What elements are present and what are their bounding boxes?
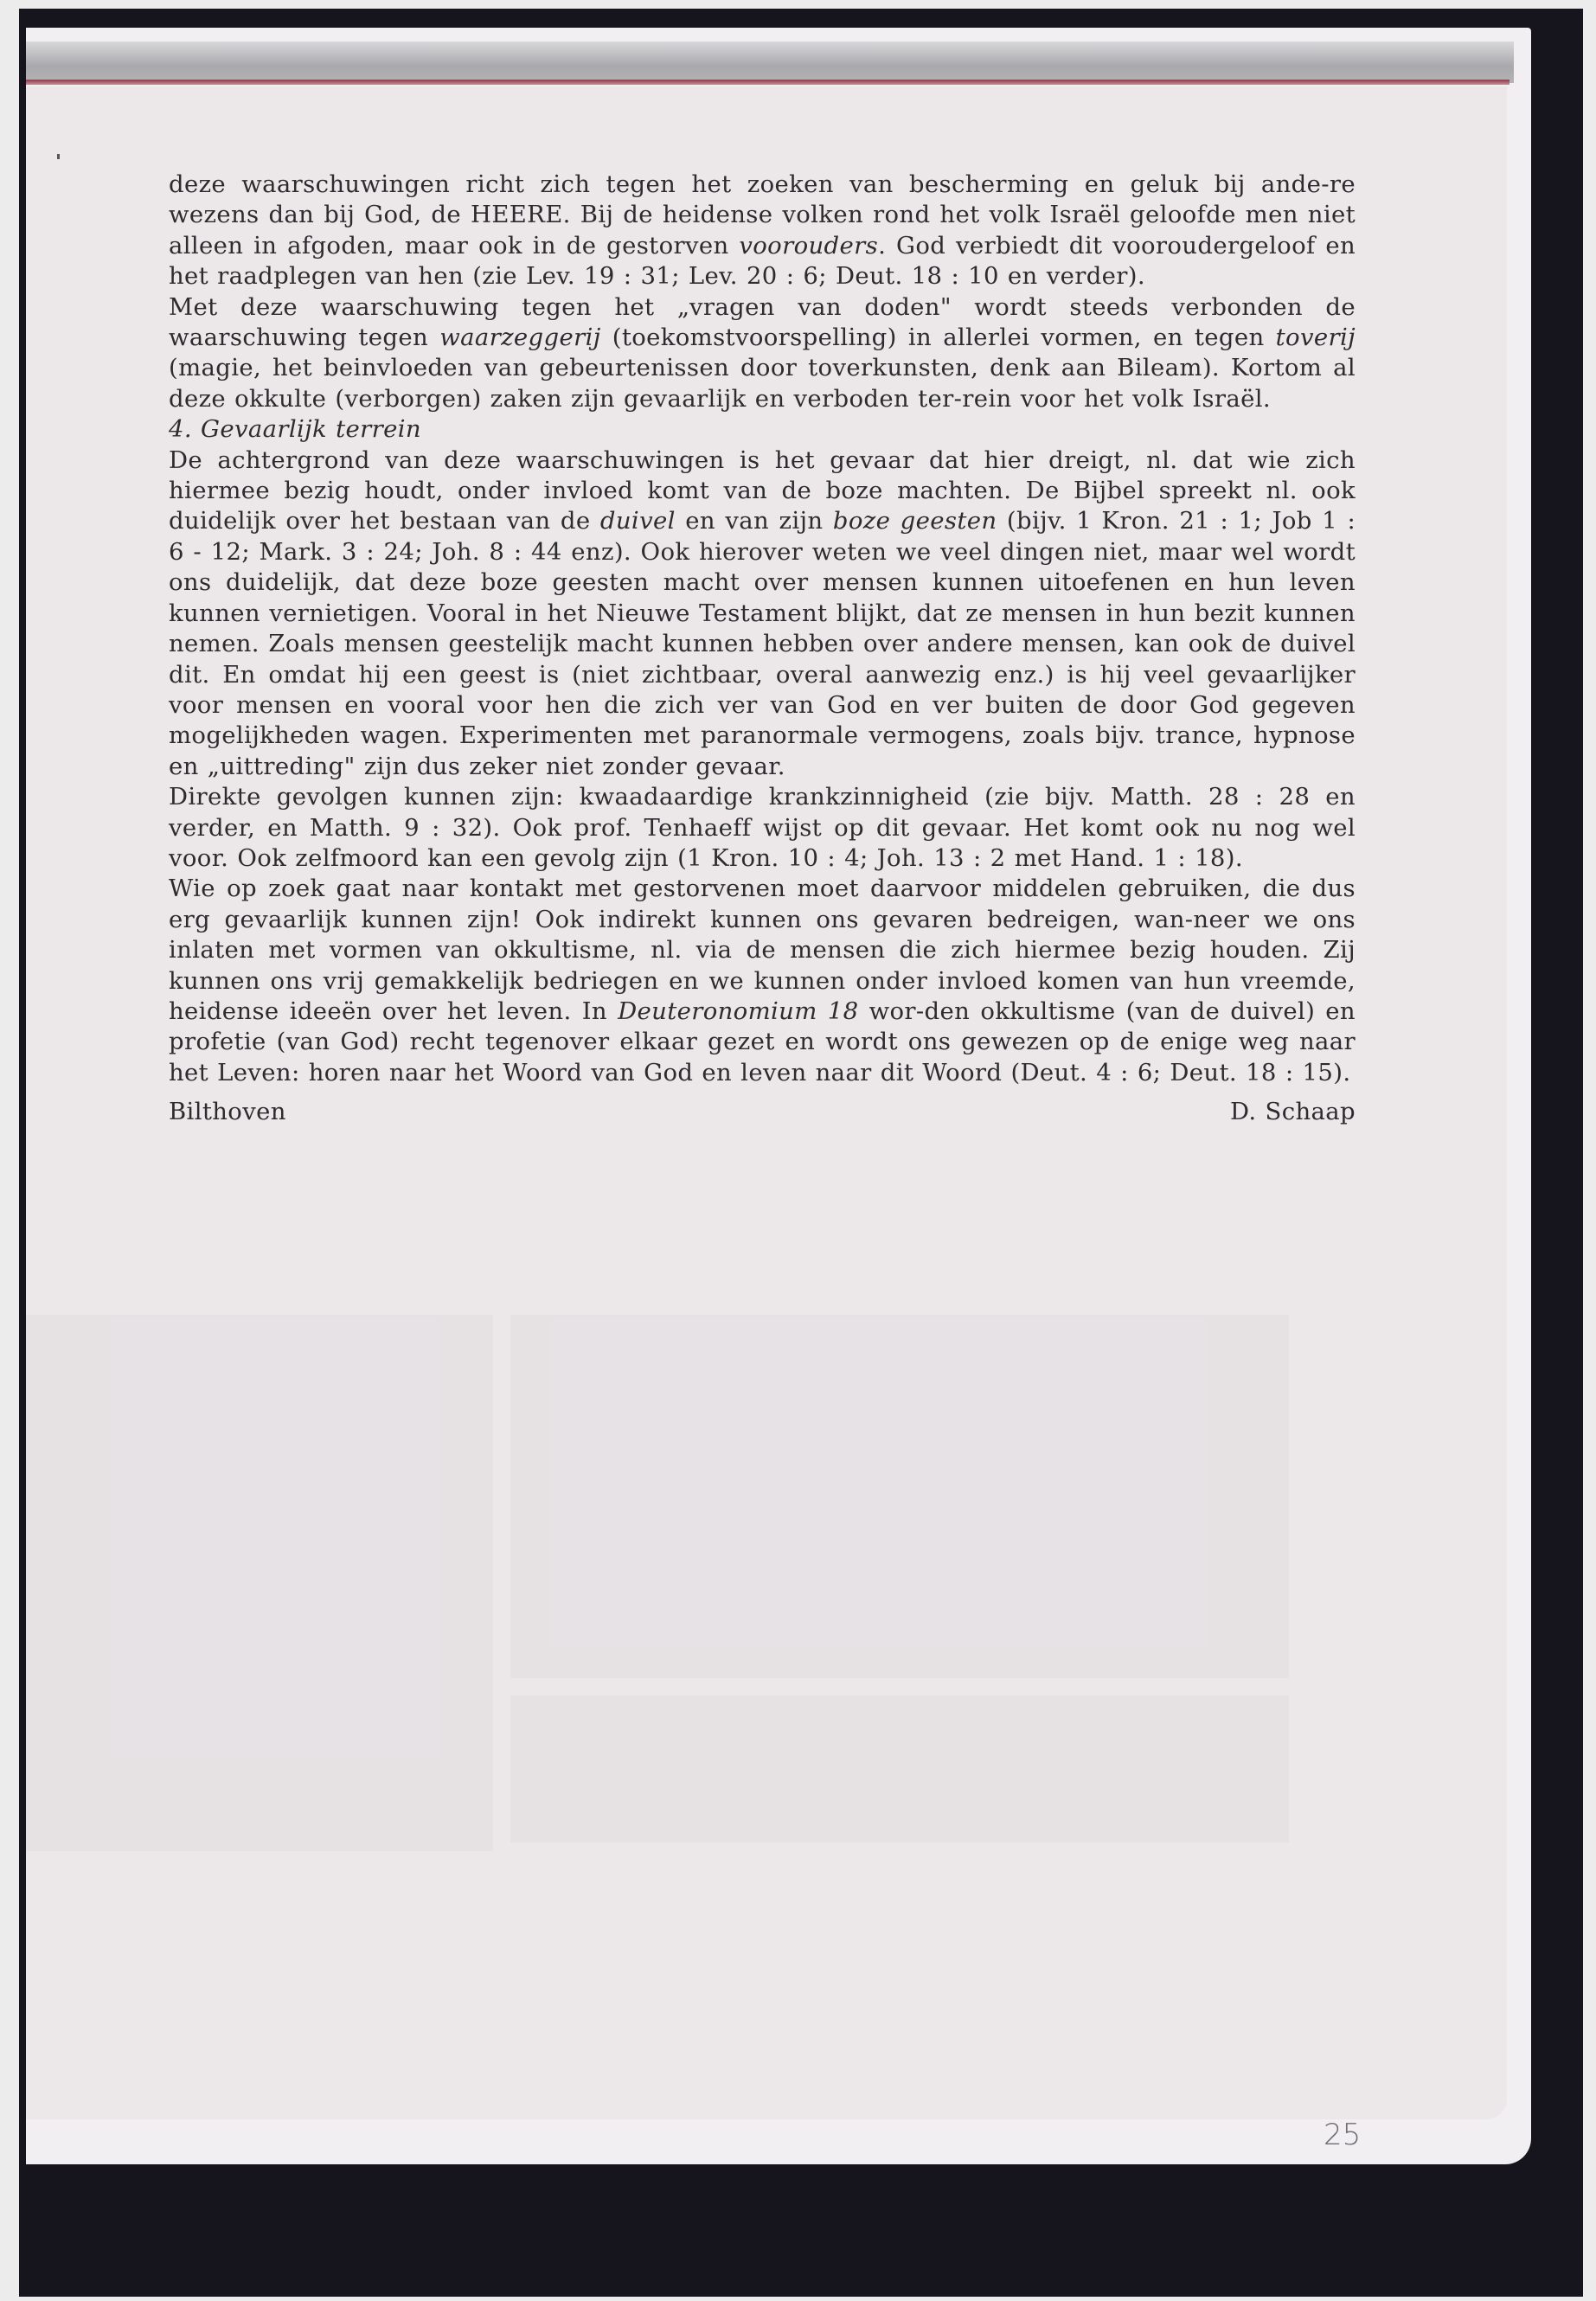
page-stack-shadow <box>26 42 1514 83</box>
signature-row: Bilthoven D. Schaap <box>169 1097 1356 1127</box>
italic-term: toverij <box>1276 324 1356 351</box>
paragraph-consequences: Direkte gevolgen kunnen zijn: kwaadaardi… <box>169 782 1356 874</box>
paragraph-contact-dead: Wie op zoek gaat naar kontakt met gestor… <box>169 874 1356 1088</box>
scan-border-left <box>0 0 19 2301</box>
scan-speck <box>57 154 60 159</box>
bleed-through-column <box>26 1315 493 1851</box>
section-heading: 4. Gevaarlijk terrein <box>169 414 1356 445</box>
bleed-through-photo <box>510 1315 1289 1678</box>
italic-term: waarzeggerij <box>439 324 600 351</box>
signature-place: Bilthoven <box>169 1097 286 1127</box>
bleed-through-caption <box>510 1695 1289 1843</box>
italic-term: Deuteronomium 18 <box>618 997 858 1025</box>
page-number: 25 <box>1324 2118 1361 2152</box>
italic-term: voorouders <box>739 232 878 260</box>
paragraph-ancestors: deze waarschuwingen richt zich tegen het… <box>169 170 1356 292</box>
paragraph-background: De achtergrond van deze waarschuwingen i… <box>169 445 1356 782</box>
italic-term: boze geesten <box>833 507 997 535</box>
page-stack-red-edge <box>26 80 1509 85</box>
signature-author: D. Schaap <box>1230 1097 1356 1127</box>
paragraph-divination: Met deze waarschuwing tegen het „vragen … <box>169 292 1356 415</box>
article-body: deze waarschuwingen richt zich tegen het… <box>169 170 1356 1128</box>
italic-term: duivel <box>600 507 676 535</box>
